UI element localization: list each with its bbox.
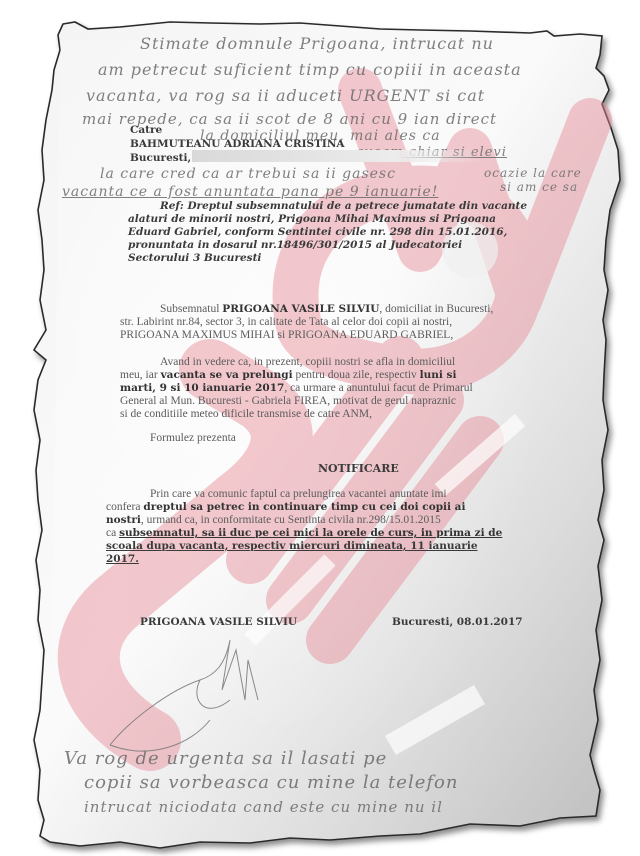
scanned-document: Stimate domnule Prigoana, intrucat nu am… [0, 0, 640, 856]
handwritten-signature [0, 0, 640, 856]
